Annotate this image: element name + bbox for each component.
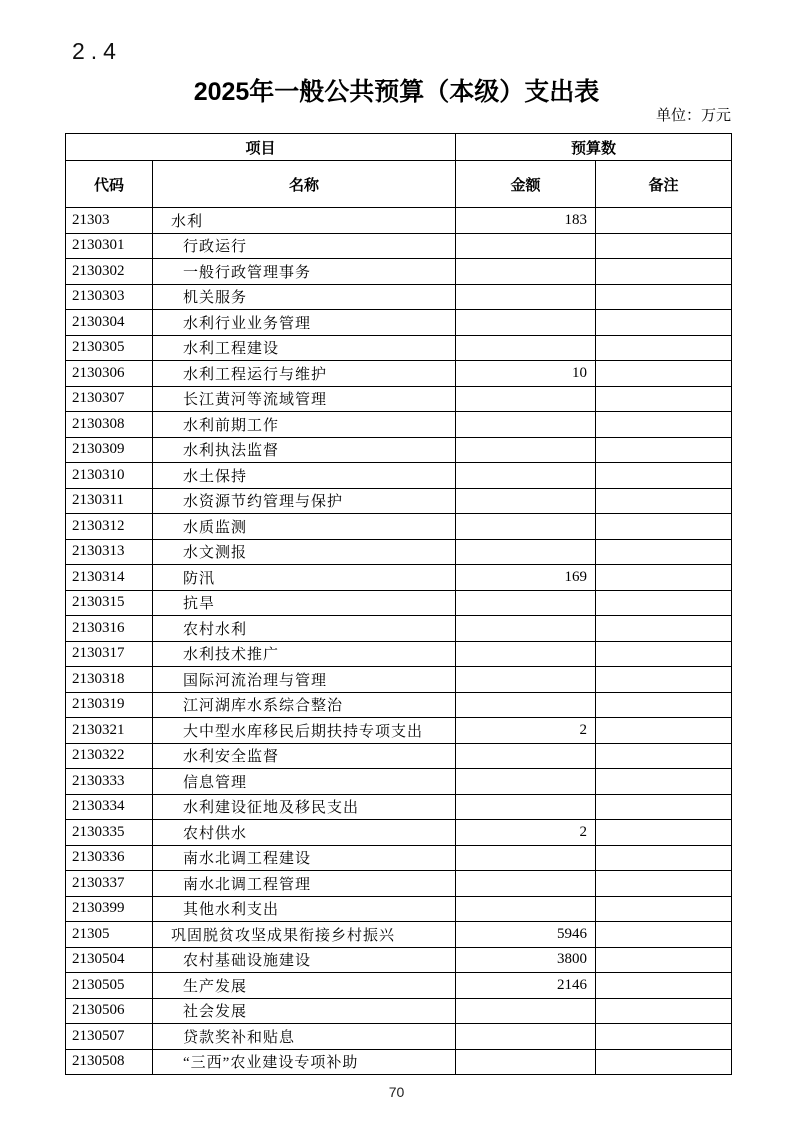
note-cell xyxy=(596,973,732,999)
name-cell: 长江黄河等流域管理 xyxy=(153,386,456,412)
note-cell xyxy=(596,667,732,693)
code-cell: 21303 xyxy=(66,208,153,234)
amount-cell xyxy=(456,310,596,336)
name-cell: 水利技术推广 xyxy=(153,641,456,667)
note-cell xyxy=(596,896,732,922)
code-cell: 2130314 xyxy=(66,565,153,591)
code-cell: 2130308 xyxy=(66,412,153,438)
note-cell xyxy=(596,998,732,1024)
note-cell xyxy=(596,310,732,336)
code-cell: 2130321 xyxy=(66,718,153,744)
note-cell xyxy=(596,718,732,744)
amount-cell xyxy=(456,463,596,489)
name-cell: 水利行业业务管理 xyxy=(153,310,456,336)
code-cell: 2130504 xyxy=(66,947,153,973)
amount-cell xyxy=(456,488,596,514)
name-cell: 水文测报 xyxy=(153,539,456,565)
unit-note: 单位：万元 xyxy=(656,104,731,125)
name-cell: “三西”农业建设专项补助 xyxy=(153,1049,456,1075)
code-cell: 2130399 xyxy=(66,896,153,922)
note-cell xyxy=(596,641,732,667)
table-row: 2130317水利技术推广 xyxy=(66,641,732,667)
code-cell: 2130310 xyxy=(66,463,153,489)
amount-cell: 2 xyxy=(456,820,596,846)
table-row: 2130335农村供水2 xyxy=(66,820,732,846)
amount-cell xyxy=(456,692,596,718)
name-cell: 巩固脱贫攻坚成果衔接乡村振兴 xyxy=(153,922,456,948)
header-code: 代码 xyxy=(66,161,153,208)
amount-cell xyxy=(456,437,596,463)
table-row: 2130505生产发展2146 xyxy=(66,973,732,999)
table-row: 2130506社会发展 xyxy=(66,998,732,1024)
table-row: 2130399其他水利支出 xyxy=(66,896,732,922)
table-row: 2130508“三西”农业建设专项补助 xyxy=(66,1049,732,1075)
table-body: 21303水利1832130301行政运行2130302一般行政管理事务2130… xyxy=(66,208,732,1075)
table-row: 2130308水利前期工作 xyxy=(66,412,732,438)
amount-cell xyxy=(456,539,596,565)
code-cell: 2130506 xyxy=(66,998,153,1024)
note-cell xyxy=(596,437,732,463)
note-cell xyxy=(596,1049,732,1075)
table-row: 2130333信息管理 xyxy=(66,769,732,795)
amount-cell xyxy=(456,1024,596,1050)
amount-cell xyxy=(456,896,596,922)
name-cell: 农村供水 xyxy=(153,820,456,846)
amount-cell xyxy=(456,769,596,795)
section-number: 2.4 xyxy=(72,38,122,65)
name-cell: 其他水利支出 xyxy=(153,896,456,922)
code-cell: 2130302 xyxy=(66,259,153,285)
note-cell xyxy=(596,743,732,769)
amount-cell xyxy=(456,412,596,438)
name-cell: 防汛 xyxy=(153,565,456,591)
amount-cell xyxy=(456,514,596,540)
amount-cell xyxy=(456,845,596,871)
name-cell: 大中型水库移民后期扶持专项支出 xyxy=(153,718,456,744)
table-header: 项目 预算数 代码 名称 金额 备注 xyxy=(66,134,732,208)
code-cell: 2130337 xyxy=(66,871,153,897)
code-cell: 2130316 xyxy=(66,616,153,642)
table-row: 2130302一般行政管理事务 xyxy=(66,259,732,285)
table-row: 2130312水质监测 xyxy=(66,514,732,540)
name-cell: 信息管理 xyxy=(153,769,456,795)
note-cell xyxy=(596,769,732,795)
header-row-group: 项目 预算数 xyxy=(66,134,732,161)
table-row: 2130303机关服务 xyxy=(66,284,732,310)
name-cell: 水利前期工作 xyxy=(153,412,456,438)
budget-table: 项目 预算数 代码 名称 金额 备注 21303水利1832130301行政运行… xyxy=(65,133,732,1075)
table-row: 2130318国际河流治理与管理 xyxy=(66,667,732,693)
note-cell xyxy=(596,922,732,948)
code-cell: 2130317 xyxy=(66,641,153,667)
note-cell xyxy=(596,1024,732,1050)
amount-cell: 183 xyxy=(456,208,596,234)
table-row: 2130313水文测报 xyxy=(66,539,732,565)
table-row: 2130315抗旱 xyxy=(66,590,732,616)
name-cell: 机关服务 xyxy=(153,284,456,310)
name-cell: 南水北调工程管理 xyxy=(153,871,456,897)
code-cell: 2130334 xyxy=(66,794,153,820)
note-cell xyxy=(596,361,732,387)
header-project: 项目 xyxy=(66,134,456,161)
amount-cell xyxy=(456,743,596,769)
table-row: 2130305水利工程建设 xyxy=(66,335,732,361)
amount-cell: 5946 xyxy=(456,922,596,948)
note-cell xyxy=(596,259,732,285)
note-cell xyxy=(596,565,732,591)
page-title: 2025年一般公共预算（本级）支出表 xyxy=(0,72,793,108)
table-row: 2130507贷款奖补和贴息 xyxy=(66,1024,732,1050)
amount-cell xyxy=(456,386,596,412)
amount-cell xyxy=(456,284,596,310)
amount-cell xyxy=(456,871,596,897)
table-row: 2130301行政运行 xyxy=(66,233,732,259)
table-row: 2130306水利工程运行与维护10 xyxy=(66,361,732,387)
name-cell: 国际河流治理与管理 xyxy=(153,667,456,693)
header-amount: 金额 xyxy=(456,161,596,208)
amount-cell xyxy=(456,590,596,616)
name-cell: 水质监测 xyxy=(153,514,456,540)
name-cell: 农村水利 xyxy=(153,616,456,642)
amount-cell xyxy=(456,335,596,361)
code-cell: 2130508 xyxy=(66,1049,153,1075)
code-cell: 2130305 xyxy=(66,335,153,361)
note-cell xyxy=(596,794,732,820)
name-cell: 生产发展 xyxy=(153,973,456,999)
name-cell: 南水北调工程建设 xyxy=(153,845,456,871)
code-cell: 2130315 xyxy=(66,590,153,616)
name-cell: 水利执法监督 xyxy=(153,437,456,463)
table-row: 21305巩固脱贫攻坚成果衔接乡村振兴5946 xyxy=(66,922,732,948)
table-row: 2130322水利安全监督 xyxy=(66,743,732,769)
header-row-columns: 代码 名称 金额 备注 xyxy=(66,161,732,208)
amount-cell xyxy=(456,667,596,693)
amount-cell: 2146 xyxy=(456,973,596,999)
table-row: 2130316农村水利 xyxy=(66,616,732,642)
note-cell xyxy=(596,692,732,718)
note-cell xyxy=(596,463,732,489)
header-budget: 预算数 xyxy=(456,134,732,161)
name-cell: 江河湖库水系综合整治 xyxy=(153,692,456,718)
amount-cell: 3800 xyxy=(456,947,596,973)
name-cell: 水资源节约管理与保护 xyxy=(153,488,456,514)
amount-cell xyxy=(456,616,596,642)
name-cell: 水利工程建设 xyxy=(153,335,456,361)
note-cell xyxy=(596,539,732,565)
table-row: 2130504农村基础设施建设3800 xyxy=(66,947,732,973)
name-cell: 水利工程运行与维护 xyxy=(153,361,456,387)
table-row: 2130337南水北调工程管理 xyxy=(66,871,732,897)
amount-cell: 169 xyxy=(456,565,596,591)
name-cell: 农村基础设施建设 xyxy=(153,947,456,973)
code-cell: 2130336 xyxy=(66,845,153,871)
code-cell: 2130507 xyxy=(66,1024,153,1050)
amount-cell xyxy=(456,998,596,1024)
name-cell: 社会发展 xyxy=(153,998,456,1024)
table-row: 2130319江河湖库水系综合整治 xyxy=(66,692,732,718)
name-cell: 水利安全监督 xyxy=(153,743,456,769)
table-row: 2130304水利行业业务管理 xyxy=(66,310,732,336)
name-cell: 一般行政管理事务 xyxy=(153,259,456,285)
amount-cell: 10 xyxy=(456,361,596,387)
amount-cell xyxy=(456,794,596,820)
code-cell: 2130303 xyxy=(66,284,153,310)
note-cell xyxy=(596,386,732,412)
note-cell xyxy=(596,590,732,616)
name-cell: 水利 xyxy=(153,208,456,234)
name-cell: 水利建设征地及移民支出 xyxy=(153,794,456,820)
code-cell: 2130318 xyxy=(66,667,153,693)
table-row: 2130321大中型水库移民后期扶持专项支出2 xyxy=(66,718,732,744)
amount-cell xyxy=(456,1049,596,1075)
table-row: 2130310水土保持 xyxy=(66,463,732,489)
name-cell: 抗旱 xyxy=(153,590,456,616)
note-cell xyxy=(596,947,732,973)
code-cell: 2130319 xyxy=(66,692,153,718)
name-cell: 水土保持 xyxy=(153,463,456,489)
note-cell xyxy=(596,233,732,259)
code-cell: 2130505 xyxy=(66,973,153,999)
table-row: 21303水利183 xyxy=(66,208,732,234)
table-row: 2130336南水北调工程建设 xyxy=(66,845,732,871)
name-cell: 贷款奖补和贴息 xyxy=(153,1024,456,1050)
code-cell: 2130306 xyxy=(66,361,153,387)
document-page: 2.4 2025年一般公共预算（本级）支出表 单位：万元 项目 预算数 代码 名… xyxy=(0,0,793,1122)
table-row: 2130314防汛169 xyxy=(66,565,732,591)
code-cell: 21305 xyxy=(66,922,153,948)
code-cell: 2130313 xyxy=(66,539,153,565)
code-cell: 2130307 xyxy=(66,386,153,412)
table-row: 2130334水利建设征地及移民支出 xyxy=(66,794,732,820)
amount-cell xyxy=(456,259,596,285)
page-number: 70 xyxy=(0,1084,793,1100)
note-cell xyxy=(596,335,732,361)
table-row: 2130307长江黄河等流域管理 xyxy=(66,386,732,412)
header-name: 名称 xyxy=(153,161,456,208)
note-cell xyxy=(596,871,732,897)
note-cell xyxy=(596,488,732,514)
code-cell: 2130312 xyxy=(66,514,153,540)
note-cell xyxy=(596,514,732,540)
code-cell: 2130311 xyxy=(66,488,153,514)
code-cell: 2130301 xyxy=(66,233,153,259)
table-row: 2130311水资源节约管理与保护 xyxy=(66,488,732,514)
amount-cell xyxy=(456,641,596,667)
table-row: 2130309水利执法监督 xyxy=(66,437,732,463)
code-cell: 2130322 xyxy=(66,743,153,769)
note-cell xyxy=(596,412,732,438)
note-cell xyxy=(596,820,732,846)
note-cell xyxy=(596,845,732,871)
header-note: 备注 xyxy=(596,161,732,208)
note-cell xyxy=(596,208,732,234)
code-cell: 2130335 xyxy=(66,820,153,846)
note-cell xyxy=(596,616,732,642)
amount-cell: 2 xyxy=(456,718,596,744)
name-cell: 行政运行 xyxy=(153,233,456,259)
code-cell: 2130333 xyxy=(66,769,153,795)
note-cell xyxy=(596,284,732,310)
amount-cell xyxy=(456,233,596,259)
code-cell: 2130304 xyxy=(66,310,153,336)
code-cell: 2130309 xyxy=(66,437,153,463)
